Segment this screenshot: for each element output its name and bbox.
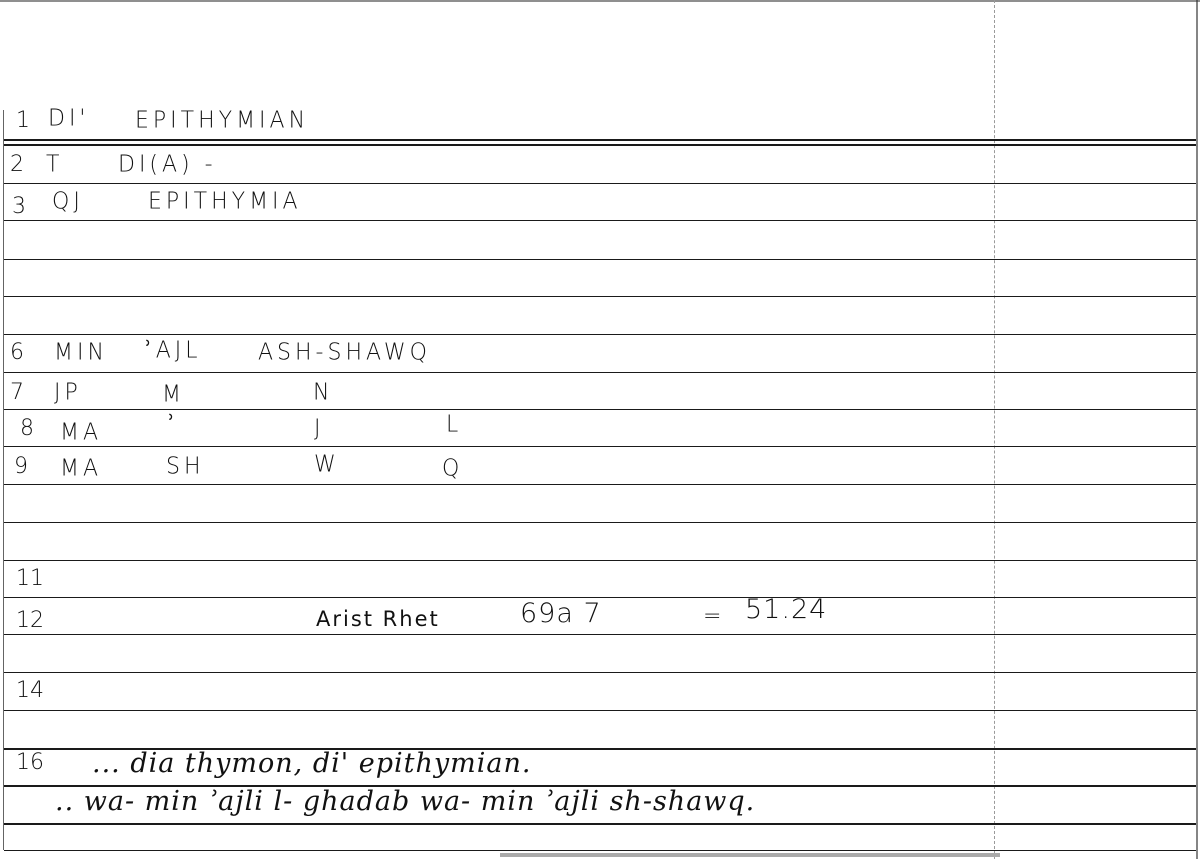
line-7-cell: N — [313, 379, 333, 405]
ruled-line — [4, 139, 1196, 141]
line-9-cell: Q — [442, 455, 463, 481]
ruled-line — [4, 710, 1196, 711]
line-9-cell: SH — [166, 453, 205, 479]
equals-sign: = — [703, 604, 721, 629]
card-left-edge — [3, 110, 4, 850]
ruled-line — [4, 823, 1196, 825]
line-6-cell: ASH-SHAWQ — [258, 339, 431, 365]
ruled-line — [4, 446, 1196, 447]
line-8-cell: J — [314, 415, 325, 441]
line-number: 11 — [16, 566, 44, 591]
greek-transliteration: ... dia thymon, di' epithymian. — [92, 748, 531, 779]
line-number: 8 — [20, 416, 34, 441]
ruled-line — [4, 634, 1196, 635]
line-number: 1 — [16, 108, 30, 133]
scan-artifact — [500, 853, 1000, 857]
ruled-line — [4, 850, 1196, 851]
ruled-line — [4, 560, 1196, 561]
line-8-cell: MA — [60, 419, 102, 445]
ruled-line — [4, 522, 1196, 523]
line-number: 7 — [10, 380, 24, 405]
line-3-cell: EPITHYMIA — [148, 188, 302, 214]
ruled-line — [4, 259, 1196, 260]
fold-guide-line — [994, 0, 995, 859]
line-6-cell: MIN — [54, 339, 108, 365]
line-1-cell: DI' — [48, 105, 89, 131]
card-right-edge — [1196, 0, 1198, 859]
reference-value: 51.24 — [745, 594, 827, 625]
ruled-line — [4, 183, 1196, 184]
ruled-line — [4, 220, 1196, 221]
index-card: 1 DI' EPITHYMIAN 2 T DI(A) - 3 QJ EPITHY… — [0, 0, 1200, 859]
line-1-cell: EPITHYMIAN — [135, 107, 309, 133]
ruled-line — [4, 484, 1196, 485]
line-8-cell: L — [446, 411, 462, 437]
ruled-line — [4, 672, 1196, 673]
reference-source: Arist Rhet — [316, 607, 440, 631]
ruled-line — [4, 144, 1196, 146]
ruled-line — [4, 409, 1196, 410]
card-top-edge — [0, 0, 1200, 2]
line-2-cell: DI(A) - — [118, 151, 217, 177]
line-number: 12 — [16, 608, 44, 633]
ruled-line — [4, 296, 1196, 297]
line-number: 3 — [12, 194, 26, 219]
line-number: 6 — [10, 340, 24, 365]
reference-locus: 69a 7 — [520, 598, 602, 629]
line-number: 16 — [16, 750, 44, 775]
line-6-cell: ʾAJL — [145, 337, 202, 363]
line-3-cell: QJ — [52, 188, 84, 214]
line-7-cell: JP — [54, 379, 82, 405]
ruled-line — [4, 334, 1196, 335]
ruled-line — [4, 372, 1196, 373]
line-number: 9 — [14, 454, 28, 479]
arabic-transliteration: .. wa- min ʾajli l- ghadab wa- min ʾajli… — [55, 786, 755, 817]
line-number: 2 — [10, 152, 24, 177]
line-9-cell: W — [314, 451, 340, 477]
line-2-cell: T — [46, 151, 63, 177]
line-7-cell: M — [162, 381, 185, 407]
line-number: 14 — [16, 678, 44, 703]
line-8-cell: ʾ — [168, 411, 179, 437]
line-9-cell: MA — [60, 455, 102, 481]
